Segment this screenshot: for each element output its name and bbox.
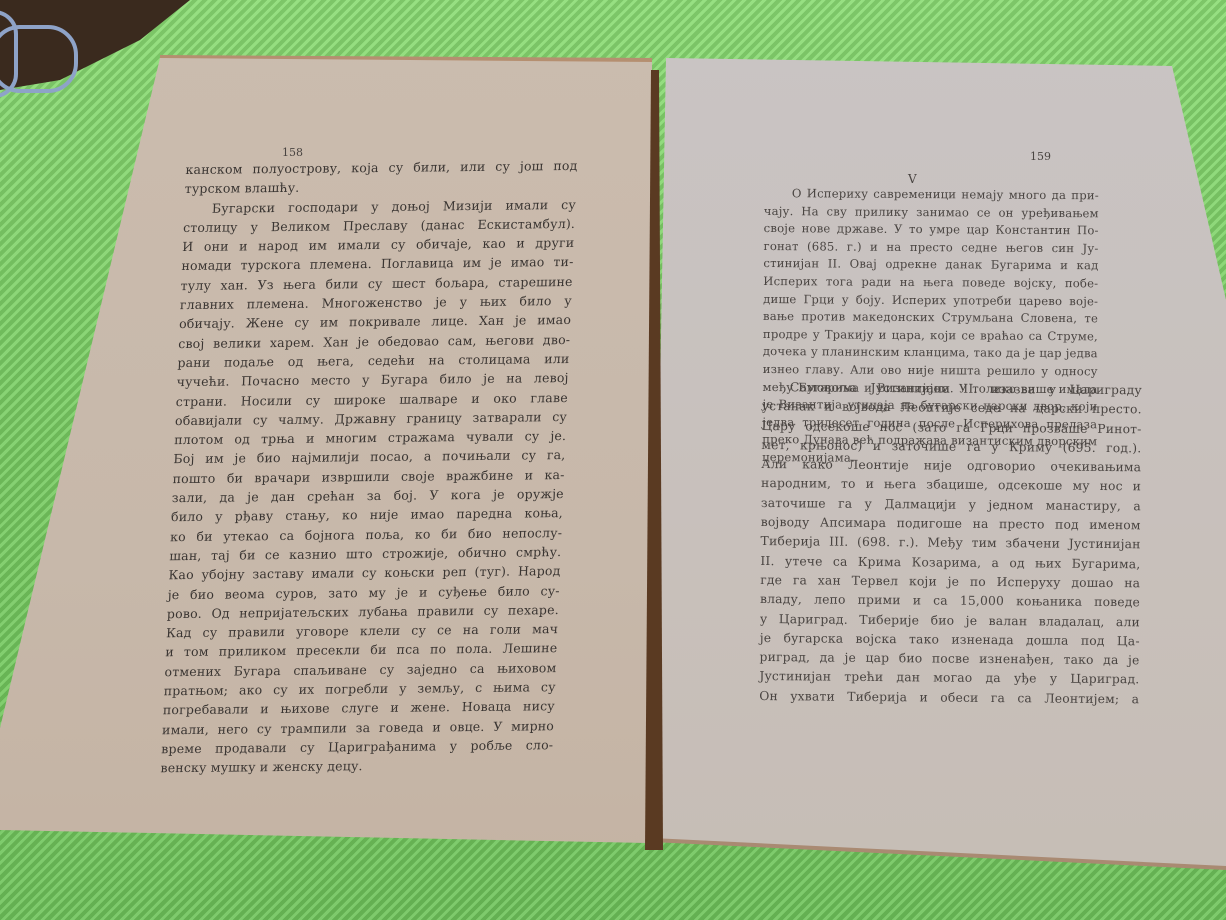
chapter-heading: V bbox=[908, 172, 917, 186]
cable bbox=[0, 10, 18, 98]
text-line: Исперих тога ради на њега поведе војску,… bbox=[763, 273, 1098, 293]
left-page-number: 158 bbox=[282, 146, 303, 159]
text-line: продре у Тракију и цара, који се враћао … bbox=[763, 326, 1098, 346]
right-page-number: 159 bbox=[1030, 150, 1051, 163]
text-line: дише Грци у боју. Исперих употреби царев… bbox=[763, 291, 1098, 311]
text-line: дочека у планинским кланцима, тако да је… bbox=[763, 343, 1098, 363]
text-line: О Испериху савременици немају много да п… bbox=[764, 185, 1099, 205]
text-line: своје нове државе. У то умре цар Констан… bbox=[764, 220, 1099, 240]
text-line: стинијан II. Овај одрекне данак Бугарима… bbox=[763, 255, 1098, 275]
text-line: венску мушку и женску децу. bbox=[160, 754, 553, 777]
text-line: вање против македонских Струмљана Словен… bbox=[763, 308, 1098, 328]
text-line: владу, лепо прими и са 15,000 коњаника п… bbox=[760, 590, 1140, 613]
text-line: чају. На сву прилику занимао се он уређи… bbox=[764, 203, 1099, 223]
text-line: гонат (685. г.) и на престо седне његов … bbox=[764, 238, 1099, 258]
text-line: Он ухвати Тиберија и обеси га са Леонтиј… bbox=[759, 687, 1139, 710]
right-page-paragraph-2: Самовоља Јустинијана II. изазва у Царигр… bbox=[759, 378, 1142, 709]
left-page-text: канском полуострову, која су били, или с… bbox=[160, 156, 578, 778]
